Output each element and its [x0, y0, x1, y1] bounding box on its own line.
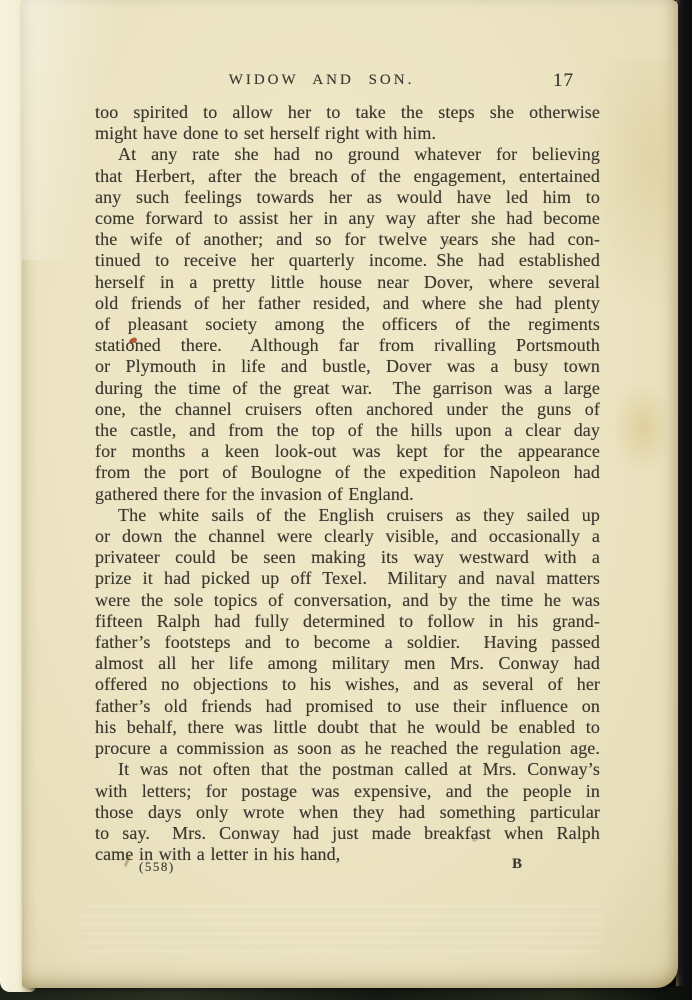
body-text: too spirited to allow her to take the st…	[95, 102, 600, 865]
text-line: during the time of the great war. The ga…	[95, 378, 600, 399]
text-line: father’s footsteps and to become a soldi…	[95, 632, 600, 653]
running-title: WIDOW AND SON.	[229, 72, 415, 89]
text-line: gathered there for the invasion of Engla…	[95, 484, 600, 505]
text-line: any such feelings towards her as would h…	[95, 187, 600, 208]
text-line: stationed there. Although far from rival…	[95, 335, 600, 356]
page-number: 17	[553, 70, 574, 92]
text-line: The white sails of the English cruisers …	[95, 505, 600, 526]
text-line: It was not often that the postman called…	[95, 759, 600, 780]
text-line: for months a keen look-out was kept for …	[95, 441, 600, 462]
text-line: procure a commission as soon as he reach…	[95, 738, 600, 759]
text-line: too spirited to allow her to take the st…	[95, 102, 600, 123]
text-line: prize it had picked up off Texel. Milita…	[95, 568, 600, 589]
text-line: were the sole topics of conversation, an…	[95, 590, 600, 611]
text-line: herself in a pretty little house near Do…	[95, 272, 600, 293]
text-line: with letters; for postage was expensive,…	[95, 781, 600, 802]
text-line: tinued to receive her quarterly income. …	[95, 250, 600, 271]
text-line: those days only wrote when they had some…	[95, 802, 600, 823]
text-line: the wife of another; and so for twelve y…	[95, 229, 600, 250]
text-line: the castle, and from the top of the hill…	[95, 420, 600, 441]
running-head: WIDOW AND SON. 17	[95, 70, 600, 94]
text-line: offered no objections to his wishes, and…	[95, 674, 600, 695]
signature-letter: B	[512, 856, 522, 873]
scan-dark-right-edge	[676, 0, 692, 1000]
scan-dark-bottom-edge	[0, 986, 692, 1000]
printer-code: (558)	[139, 859, 175, 875]
text-line: might have done to set herself right wit…	[95, 123, 600, 144]
text-line: At any rate she had no ground whatever f…	[95, 144, 600, 165]
page-footer: (558) B	[95, 856, 600, 878]
text-line: that Herbert, after the breach of the en…	[95, 166, 600, 187]
text-line: or down the channel were clearly visible…	[95, 526, 600, 547]
text-line: to say. Mrs. Conway had just made breakf…	[95, 823, 600, 844]
text-line: privateer could be seen making its way w…	[95, 547, 600, 568]
text-line: fifteen Ralph had fully determined to fo…	[95, 611, 600, 632]
text-line: almost all her life among military men M…	[95, 653, 600, 674]
text-line: from the port of Boulogne of the expedit…	[95, 462, 600, 483]
book-page: WIDOW AND SON. 17 too spirited to allow …	[22, 0, 678, 988]
text-line: or Plymouth in life and bustle, Dover wa…	[95, 356, 600, 377]
text-line: of pleasant society among the officers o…	[95, 314, 600, 335]
text-line: old friends of her father resided, and w…	[95, 293, 600, 314]
text-line: one, the channel cruisers often anchored…	[95, 399, 600, 420]
text-line: father’s old friends had promised to use…	[95, 696, 600, 717]
scan-streaks	[82, 905, 602, 953]
text-line: his behalf, there was little doubt that …	[95, 717, 600, 738]
stain-mark	[612, 380, 674, 475]
text-line: come forward to assist her in any way af…	[95, 208, 600, 229]
book-scan-scene: WIDOW AND SON. 17 too spirited to allow …	[0, 0, 692, 1000]
